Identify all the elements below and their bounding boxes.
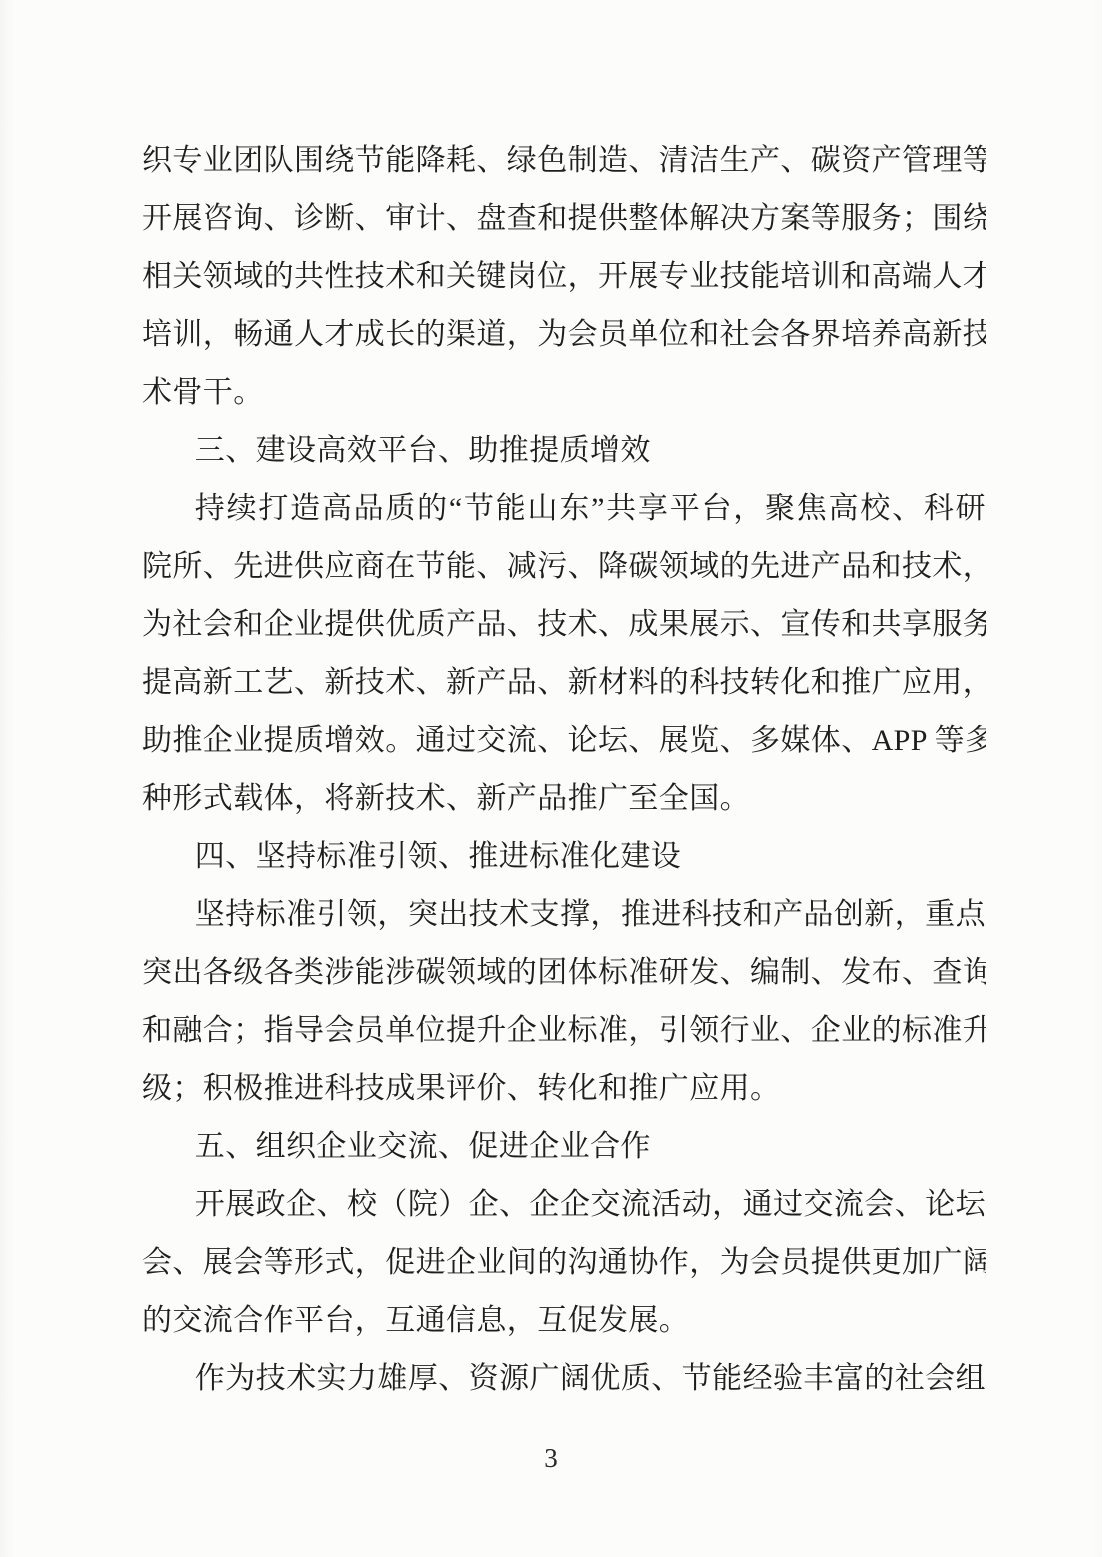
body-line: 开展咨询、诊断、审计、盘查和提供整体解决方案等服务；围绕 [142, 190, 986, 248]
body-line: 级；积极推进科技成果评价、转化和推广应用。 [142, 1060, 986, 1118]
body-line: 作为技术实力雄厚、资源广阔优质、节能经验丰富的社会组 [142, 1350, 986, 1408]
text-block: 织专业团队围绕节能降耗、绿色制造、清洁生产、碳资产管理等 开展咨询、诊断、审计、… [142, 132, 986, 1408]
body-line: 助推企业提质增效。通过交流、论坛、展览、多媒体、APP 等多 [142, 712, 986, 770]
body-line: 的交流合作平台，互通信息，互促发展。 [142, 1292, 986, 1350]
body-line: 持续打造高品质的“节能山东”共享平台，聚焦高校、科研 [142, 480, 986, 538]
document-page: 织专业团队围绕节能降耗、绿色制造、清洁生产、碳资产管理等 开展咨询、诊断、审计、… [0, 0, 1102, 1557]
body-line: 和融合；指导会员单位提升企业标准，引领行业、企业的标准升 [142, 1002, 986, 1060]
body-line: 为社会和企业提供优质产品、技术、成果展示、宣传和共享服务， [142, 596, 986, 654]
body-line: 开展政企、校（院）企、企企交流活动，通过交流会、论坛 [142, 1176, 986, 1234]
body-line: 会、展会等形式，促进企业间的沟通协作，为会员提供更加广阔 [142, 1234, 986, 1292]
body-line: 提高新工艺、新技术、新产品、新材料的科技转化和推广应用， [142, 654, 986, 712]
body-line: 培训，畅通人才成长的渠道，为会员单位和社会各界培养高新技 [142, 306, 986, 364]
body-line: 织专业团队围绕节能降耗、绿色制造、清洁生产、碳资产管理等 [142, 132, 986, 190]
section-heading-three: 三、建设高效平台、助推提质增效 [142, 422, 986, 480]
page-number: 3 [0, 1438, 1102, 1478]
body-line: 种形式载体，将新技术、新产品推广至全国。 [142, 770, 986, 828]
body-line: 坚持标准引领，突出技术支撑，推进科技和产品创新，重点 [142, 886, 986, 944]
body-line: 院所、先进供应商在节能、减污、降碳领域的先进产品和技术， [142, 538, 986, 596]
body-line: 突出各级各类涉能涉碳领域的团体标准研发、编制、发布、查询 [142, 944, 986, 1002]
section-heading-four: 四、坚持标准引领、推进标准化建设 [142, 828, 986, 886]
section-heading-five: 五、组织企业交流、促进企业合作 [142, 1118, 986, 1176]
body-line: 术骨干。 [142, 364, 986, 422]
body-line: 相关领域的共性技术和关键岗位，开展专业技能培训和高端人才 [142, 248, 986, 306]
